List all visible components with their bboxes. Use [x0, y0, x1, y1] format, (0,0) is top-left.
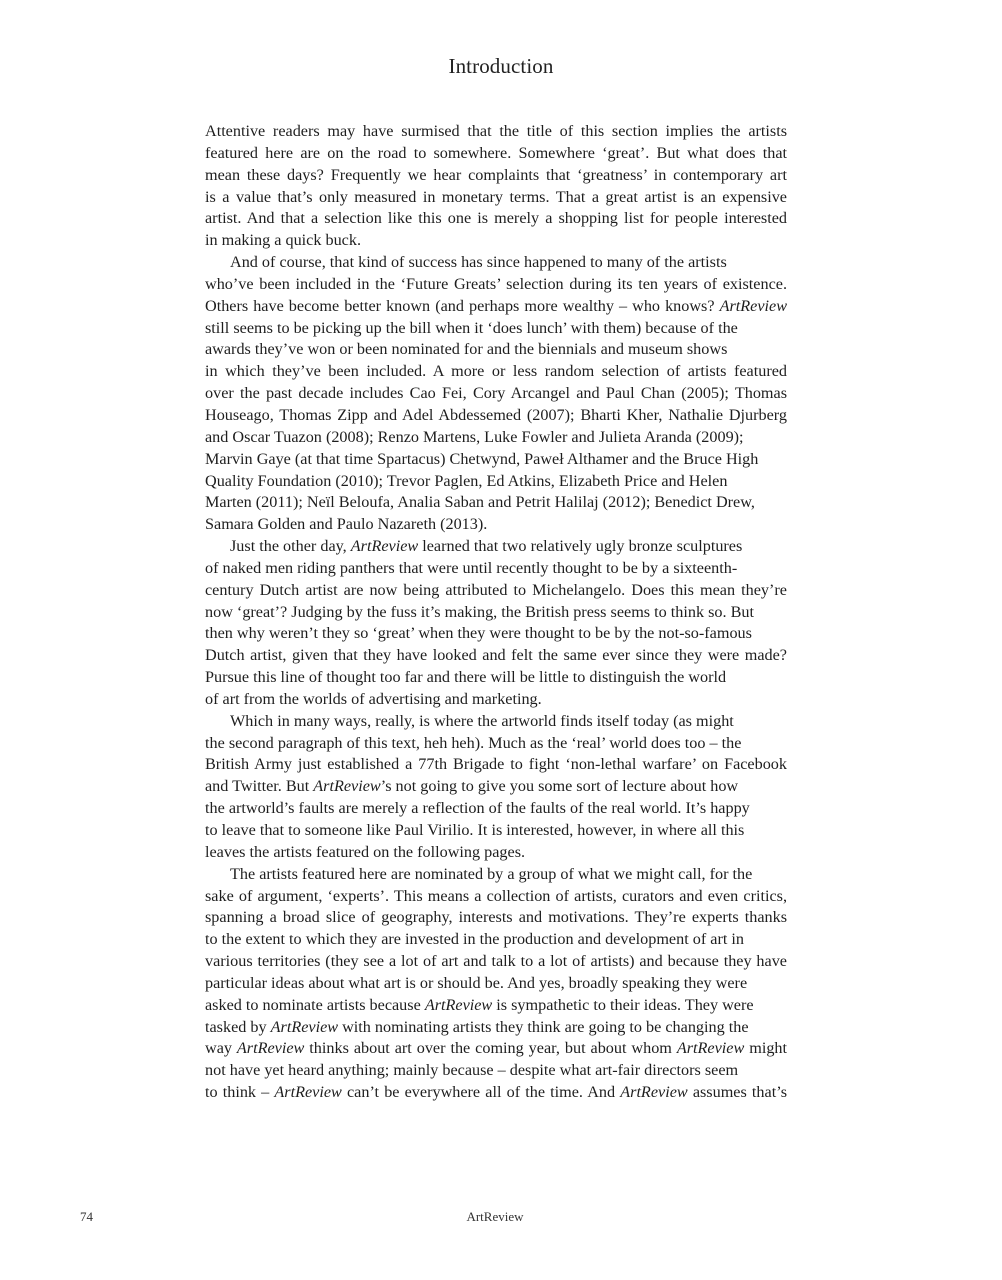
text-line: awards they’ve won or been nominated for…	[205, 339, 787, 361]
text-line: in which they’ve been included. A more o…	[205, 361, 787, 383]
text-line: to think – ArtReview can’t be everywhere…	[205, 1082, 787, 1104]
text-line: tasked by ArtReview with nominating arti…	[205, 1017, 787, 1039]
text-line: mean these days? Frequently we hear comp…	[205, 165, 787, 187]
text-line: over the past decade includes Cao Fei, C…	[205, 383, 787, 405]
text-line: Attentive readers may have surmised that…	[205, 121, 787, 143]
text-line: spanning a broad slice of geography, int…	[205, 907, 787, 929]
running-footer-publication: ArtReview	[0, 1209, 990, 1225]
text-line: Dutch artist, given that they have looke…	[205, 645, 787, 667]
text-line: and Oscar Tuazon (2008); Renzo Martens, …	[205, 427, 787, 449]
text-line: of art from the worlds of advertising an…	[205, 689, 787, 711]
text-line: particular ideas about what art is or sh…	[205, 973, 787, 995]
text-line: and Twitter. But ArtReview’s not going t…	[205, 776, 787, 798]
text-line: of naked men riding panthers that were u…	[205, 558, 787, 580]
text-line: the second paragraph of this text, heh h…	[205, 733, 787, 755]
text-line: Quality Foundation (2010); Trevor Paglen…	[205, 471, 787, 493]
text-line: way ArtReview thinks about art over the …	[205, 1038, 787, 1060]
text-line: Pursue this line of thought too far and …	[205, 667, 787, 689]
text-line: Which in many ways, really, is where the…	[205, 711, 787, 733]
text-line: sake of argument, ‘experts’. This means …	[205, 886, 787, 908]
text-line: leaves the artists featured on the follo…	[205, 842, 787, 864]
text-line: not have yet heard anything; mainly beca…	[205, 1060, 787, 1082]
text-line: British Army just established a 77th Bri…	[205, 754, 787, 776]
text-line: is a value that’s only measured in monet…	[205, 187, 787, 209]
text-line: various territories (they see a lot of a…	[205, 951, 787, 973]
text-line: artist. And that a selection like this o…	[205, 208, 787, 230]
text-line: who’ve been included in the ‘Future Grea…	[205, 274, 787, 296]
text-line: Samara Golden and Paulo Nazareth (2013).	[205, 514, 787, 536]
text-line: Marvin Gaye (at that time Spartacus) Che…	[205, 449, 787, 471]
text-line: in making a quick buck.	[205, 230, 787, 252]
text-line: asked to nominate artists because ArtRev…	[205, 995, 787, 1017]
text-line: The artists featured here are nominated …	[205, 864, 787, 886]
text-line: still seems to be picking up the bill wh…	[205, 318, 787, 340]
text-line: Marten (2011); Neïl Beloufa, Analia Saba…	[205, 492, 787, 514]
text-line: featured here are on the road to somewhe…	[205, 143, 787, 165]
article-body: Attentive readers may have surmised that…	[205, 121, 787, 1104]
text-line: Houseago, Thomas Zipp and Adel Abdesseme…	[205, 405, 787, 427]
page-title: Introduction	[0, 54, 1002, 79]
text-line: to leave that to someone like Paul Viril…	[205, 820, 787, 842]
text-line: Just the other day, ArtReview learned th…	[205, 536, 787, 558]
text-line: to the extent to which they are invested…	[205, 929, 787, 951]
text-line: And of course, that kind of success has …	[205, 252, 787, 274]
text-line: century Dutch artist are now being attri…	[205, 580, 787, 602]
text-line: now ‘great’? Judging by the fuss it’s ma…	[205, 602, 787, 624]
text-line: Others have become better known (and per…	[205, 296, 787, 318]
text-line: the artworld’s faults are merely a refle…	[205, 798, 787, 820]
text-line: then why weren’t they so ‘great’ when th…	[205, 623, 787, 645]
